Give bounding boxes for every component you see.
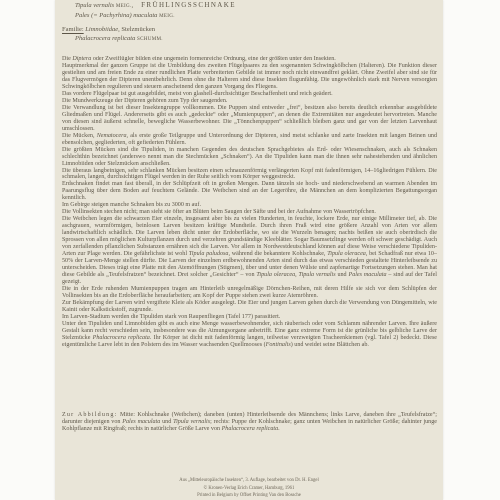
paragraph: Das vordere Flügelpaar ist gut ausgebild… [62, 91, 437, 98]
species-title: Tipula vernalis MEIG., [75, 2, 133, 9]
paragraph: Hauptmerkmal der ganzen Gruppe ist die U… [62, 63, 437, 91]
scan-background: Tipula vernalis MEIG.,FRÜHLINGSSCHNAKE P… [0, 0, 500, 500]
body-text: Die Diptera oder Zweiflügler bilden eine… [62, 56, 437, 412]
paragraph: Die Verwandlung ist bei dieser Insekteng… [62, 105, 437, 133]
paragraph: Die Mücken, Nematocera, als erste große … [62, 133, 437, 147]
paragraph: Die Diptera oder Zweiflügler bilden eine… [62, 56, 437, 63]
book-page: Tipula vernalis MEIG.,FRÜHLINGSSCHNAKE P… [55, 0, 443, 500]
caption-text: Mitte: Kohlschnake (Weibchen); daneben (… [62, 412, 437, 432]
colophon-printer: Printed in Belgium by Offset Printing Va… [55, 492, 443, 500]
paragraph: Zur Bekämpfung der Larven wird vergiftet… [62, 300, 437, 314]
paragraph: Unter den Tipuliden und Limnobiiden gibt… [62, 321, 437, 349]
paragraph: Die in der Erde ruhenden Mumienpuppen tr… [62, 286, 437, 300]
synonym-species: Pales (= Pachyrhina) maculata MEIG. [75, 12, 175, 19]
paragraph: Die überaus langbeinigen, sehr schlanken… [62, 168, 437, 182]
paragraph: Im Larven-Stadium werden die Tipuliden s… [62, 314, 437, 321]
second-species-line: Phalacrocera replicata SCHUMM. [75, 34, 438, 44]
paragraph: Die Mundwerkzeuge der Dipteren gehören z… [62, 98, 437, 105]
second-species: Phalacrocera replicata SCHUMM. [75, 35, 163, 42]
family-label: Familie: [62, 26, 84, 33]
family-value: Limnobiidae, Stelzmücken [84, 26, 155, 33]
paragraph: Erdschnaken findet man fast überall, in … [62, 181, 437, 202]
colophon: Aus „Mitteleuropäische Insekten“, 3. Auf… [55, 477, 443, 500]
common-name: FRÜHLINGSSCHNAKE [141, 1, 236, 9]
title-line: Tipula vernalis MEIG.,FRÜHLINGSSCHNAKE [75, 1, 438, 11]
paragraph: Die größten Mücken sind die Tipuliden, i… [62, 147, 437, 168]
synonym-line: Pales (= Pachyrhina) maculata MEIG. [75, 11, 438, 21]
colophon-copyright: © Kronen-Verlag Erich Cramer, Hamburg, 1… [55, 485, 443, 493]
caption-lead: Zur Abbildung: [62, 412, 118, 418]
family-line: Familie: Limnobiidae, Stelzmücken [62, 25, 438, 34]
colophon-source: Aus „Mitteleuropäische Insekten“, 3. Auf… [55, 477, 443, 485]
page-header: Tipula vernalis MEIG.,FRÜHLINGSSCHNAKE P… [62, 1, 438, 44]
paragraph: Die Weibchen legen die schwarzen Eier ei… [62, 216, 437, 286]
figure-caption: Zur Abbildung: Mitte: Kohlschnake (Weibc… [62, 412, 437, 433]
